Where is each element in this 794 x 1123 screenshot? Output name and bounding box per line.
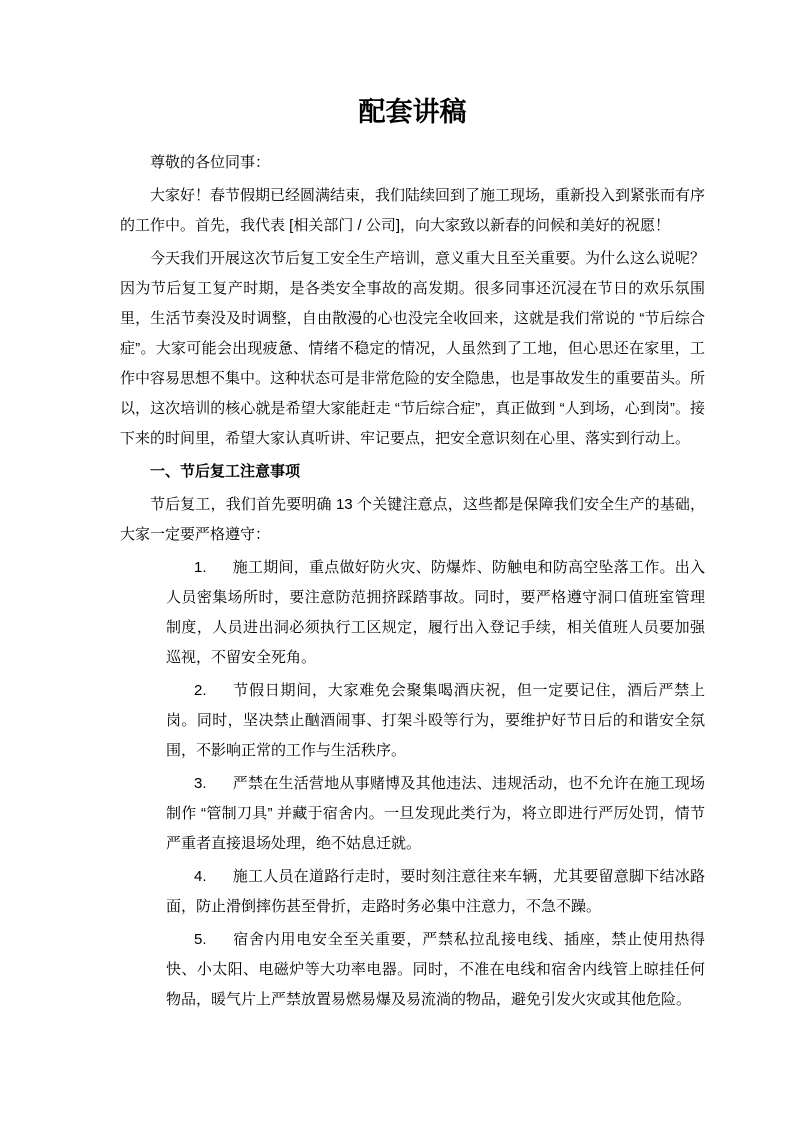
item-4-text: 施工人员在道路行走时，要时刻注意往来车辆，尤其要留意脚下结冰路面，防止滑倒摔伤甚… — [166, 868, 705, 915]
document-page: 配套讲稿 尊敬的各位同事： 大家好！春节假期已经圆满结束，我们陆续回到了施工现场… — [0, 0, 794, 1123]
item-5-number: 5. — [194, 931, 207, 948]
document-title: 配套讲稿 — [120, 92, 705, 132]
section-heading: 一、节后复工注意事项 — [120, 457, 705, 487]
salutation: 尊敬的各位同事： — [120, 148, 705, 178]
list-item-2: 2.节假日期间，大家难免会聚集喝酒庆祝，但一定要记住，酒后严禁上岗。同时，坚决禁… — [166, 676, 705, 766]
item-3-number: 3. — [194, 775, 207, 792]
list-item-1: 1.施工期间，重点做好防火灾、防爆炸、防触电和防高空坠落工作。出入人员密集场所时… — [166, 553, 705, 673]
list-item-4: 4.施工人员在道路行走时，要时刻注意往来车辆，尤其要留意脚下结冰路面，防止滑倒摔… — [166, 862, 705, 922]
item-3-text: 严禁在生活营地从事赌博及其他违法、违规活动，也不允许在施工现场制作 “管制刀具”… — [166, 775, 705, 852]
list-item-5: 5.宿舍内用电安全至关重要，严禁私拉乱接电线、插座，禁止使用热得快、小太阳、电磁… — [166, 925, 705, 1015]
item-1-text: 施工期间，重点做好防火灾、防爆炸、防触电和防高空坠落工作。出入人员密集场所时，要… — [166, 559, 705, 666]
item-2-text: 节假日期间，大家难免会聚集喝酒庆祝，但一定要记住，酒后严禁上岗。同时，坚决禁止酗… — [166, 682, 705, 759]
item-1-number: 1. — [194, 559, 207, 576]
paragraph-greeting: 大家好！春节假期已经圆满结束，我们陆续回到了施工现场，重新投入到紧张而有序的工作… — [120, 181, 705, 241]
section-intro: 节后复工，我们首先要明确 13 个关键注意点，这些都是保障我们安全生产的基础，大… — [120, 490, 705, 550]
item-2-number: 2. — [194, 682, 207, 699]
item-4-number: 4. — [194, 868, 207, 885]
paragraph-training-significance: 今天我们开展这次节后复工安全生产培训，意义重大且至关重要。为什么这么说呢？因为节… — [120, 244, 705, 454]
list-item-3: 3.严禁在生活营地从事赌博及其他违法、违规活动，也不允许在施工现场制作 “管制刀… — [166, 769, 705, 859]
item-5-text: 宿舍内用电安全至关重要，严禁私拉乱接电线、插座，禁止使用热得快、小太阳、电磁炉等… — [166, 931, 705, 1008]
